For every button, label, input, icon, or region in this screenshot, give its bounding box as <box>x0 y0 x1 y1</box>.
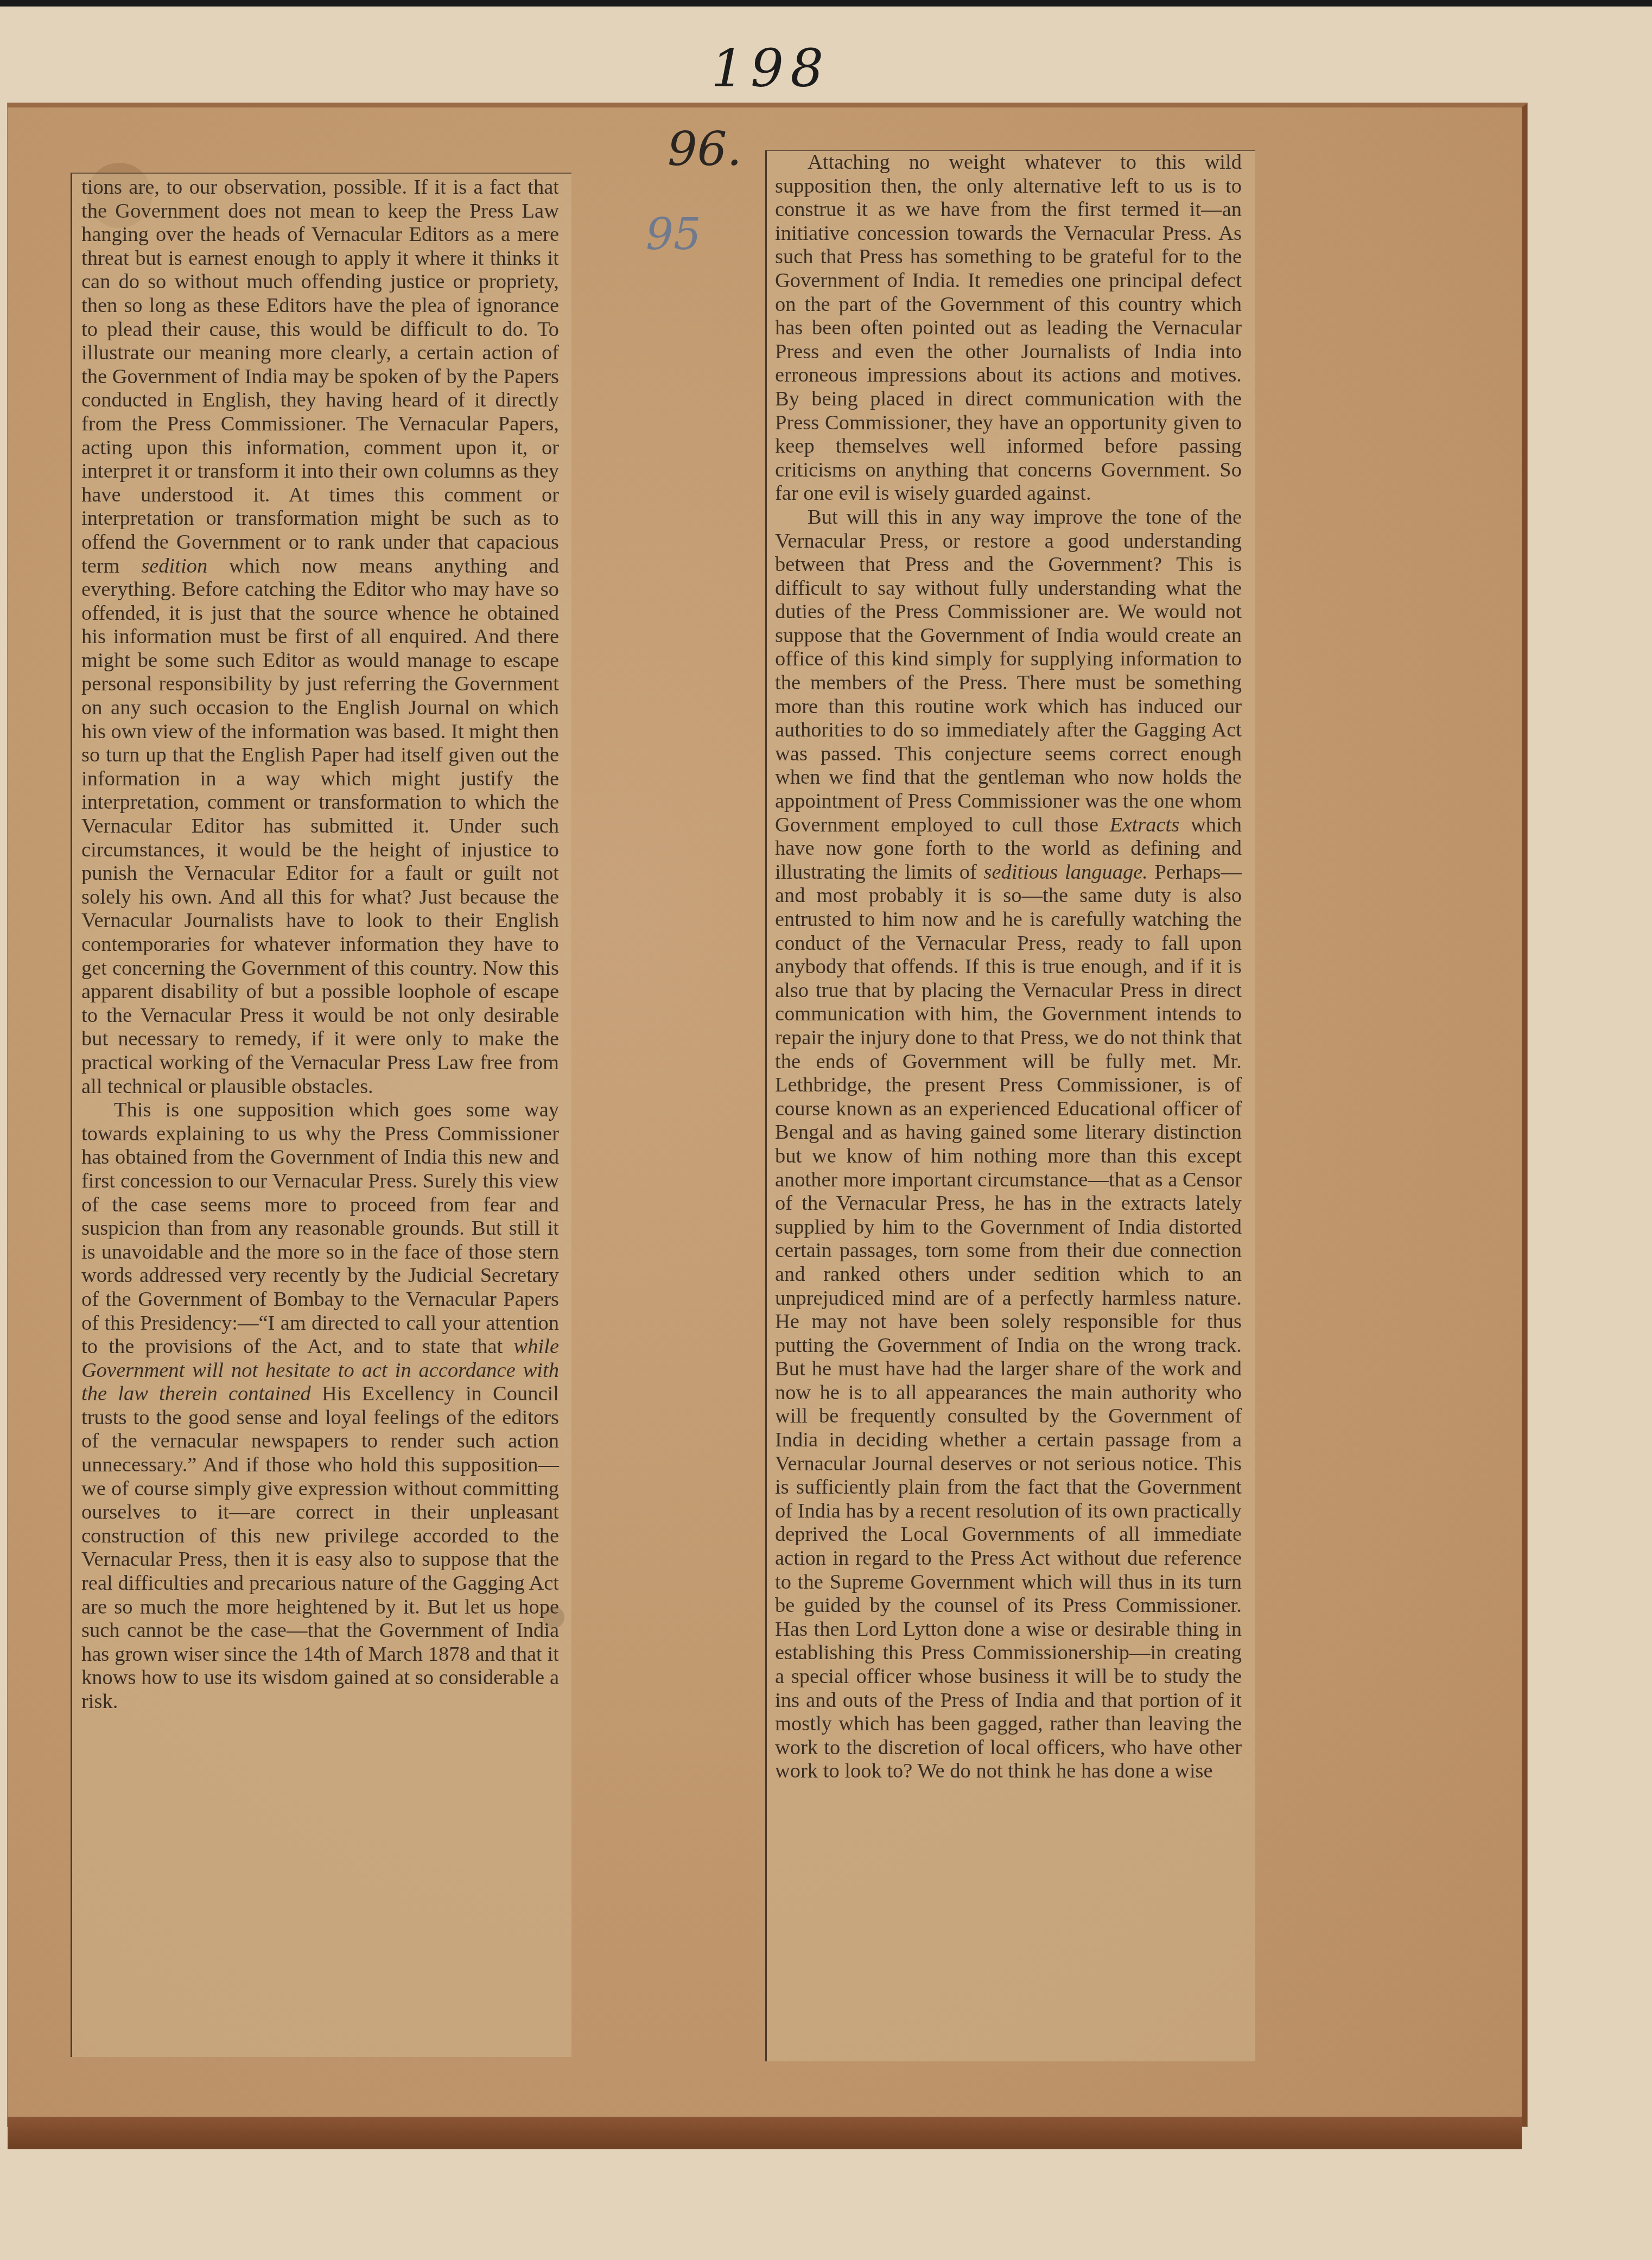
paragraph: This is one supposition which goes some … <box>81 1099 559 1713</box>
torn-bottom-edge <box>8 2117 1522 2149</box>
article-left-column: tions are, to our observation, possible.… <box>81 176 559 1714</box>
pencil-page-mark: 95 <box>646 209 701 259</box>
ink-page-mark: 96. <box>668 122 742 176</box>
scan-border <box>0 0 1652 7</box>
paragraph: tions are, to our observation, possible.… <box>81 176 559 1099</box>
folio-number: 198 <box>711 38 830 99</box>
paragraph: But will this in any way improve the ton… <box>775 506 1242 1783</box>
article-right-column: Attaching no weight whatever to this wil… <box>775 151 1242 1783</box>
paragraph: Attaching no weight whatever to this wil… <box>775 151 1242 506</box>
